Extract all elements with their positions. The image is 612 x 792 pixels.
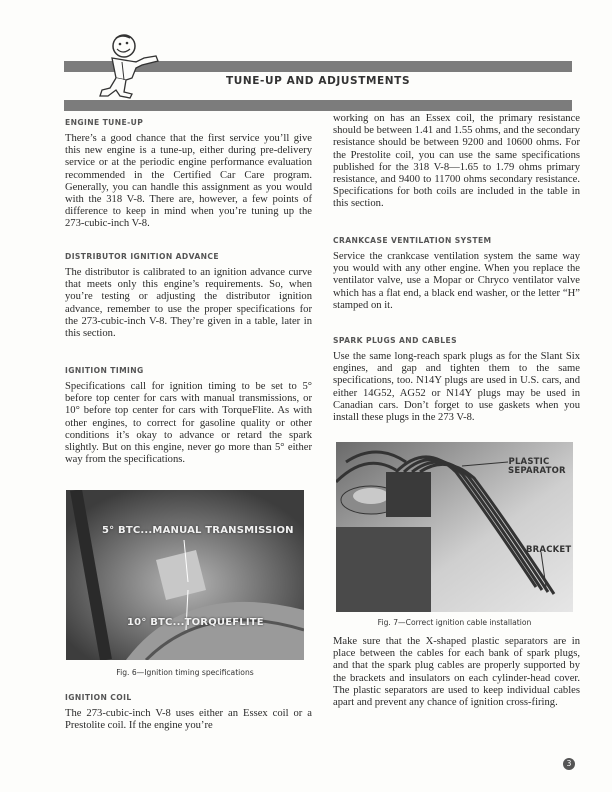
figure-callout: 10° BTC...TORQUEFLITE — [127, 617, 264, 628]
section-body: Use the same long-reach spark plugs as f… — [333, 351, 580, 424]
section-body: There’s a good chance that the first ser… — [65, 133, 312, 231]
section-heading: IGNITION TIMING — [65, 366, 312, 375]
figure-callout: 5° BTC...MANUAL TRANSMISSION — [102, 525, 294, 536]
callout-line: SEPARATOR — [508, 467, 550, 476]
figure-callout: BRACKET — [526, 546, 571, 555]
section-body: Make sure that the X-shaped plastic sepa… — [333, 636, 580, 709]
ignition-coil-continuation: working on has an Essex coil, the primar… — [333, 113, 580, 211]
figure-6-photo: 5° BTC...MANUAL TRANSMISSION 10° BTC...T… — [66, 490, 304, 660]
section-heading: CRANKCASE VENTILATION SYSTEM — [333, 236, 580, 245]
section-heading: IGNITION COIL — [65, 693, 312, 702]
engine-timing-photo-icon — [66, 490, 304, 660]
section-body: Specifications call for ignition timing … — [65, 381, 312, 466]
section-distributor-ignition-advance: DISTRIBUTOR IGNITION ADVANCE The distrib… — [65, 252, 312, 340]
figure-7-photo: PLASTIC SEPARATOR BRACKET — [336, 442, 573, 612]
section-body: The 273-cubic-inch V-8 uses either an Es… — [65, 708, 312, 732]
section-body: working on has an Essex coil, the primar… — [333, 113, 580, 211]
section-ignition-timing: IGNITION TIMING Specifications call for … — [65, 366, 312, 466]
section-body: Service the crankcase ventilation system… — [333, 251, 580, 312]
section-body: The distributor is calibrated to an igni… — [65, 267, 312, 340]
figure-caption: Fig. 6—Ignition timing specifications — [66, 668, 304, 677]
mascot-illustration-icon — [86, 34, 166, 106]
section-heading: ENGINE TUNE-UP — [65, 118, 312, 127]
figure-caption: Fig. 7—Correct ignition cable installati… — [336, 618, 573, 627]
cable-installation-paragraph: Make sure that the X-shaped plastic sepa… — [333, 636, 580, 709]
section-spark-plugs-and-cables: SPARK PLUGS AND CABLES Use the same long… — [333, 336, 580, 424]
section-heading: DISTRIBUTOR IGNITION ADVANCE — [65, 252, 312, 261]
figure-callout: PLASTIC SEPARATOR — [508, 458, 550, 476]
page-title: TUNE-UP AND ADJUSTMENTS — [226, 75, 410, 87]
section-ignition-coil: IGNITION COIL The 273-cubic-inch V-8 use… — [65, 693, 312, 732]
section-heading: SPARK PLUGS AND CABLES — [333, 336, 580, 345]
page-number: 3 — [563, 758, 575, 770]
section-crankcase-ventilation: CRANKCASE VENTILATION SYSTEM Service the… — [333, 236, 580, 312]
section-engine-tune-up: ENGINE TUNE-UP There’s a good chance tha… — [65, 118, 312, 231]
